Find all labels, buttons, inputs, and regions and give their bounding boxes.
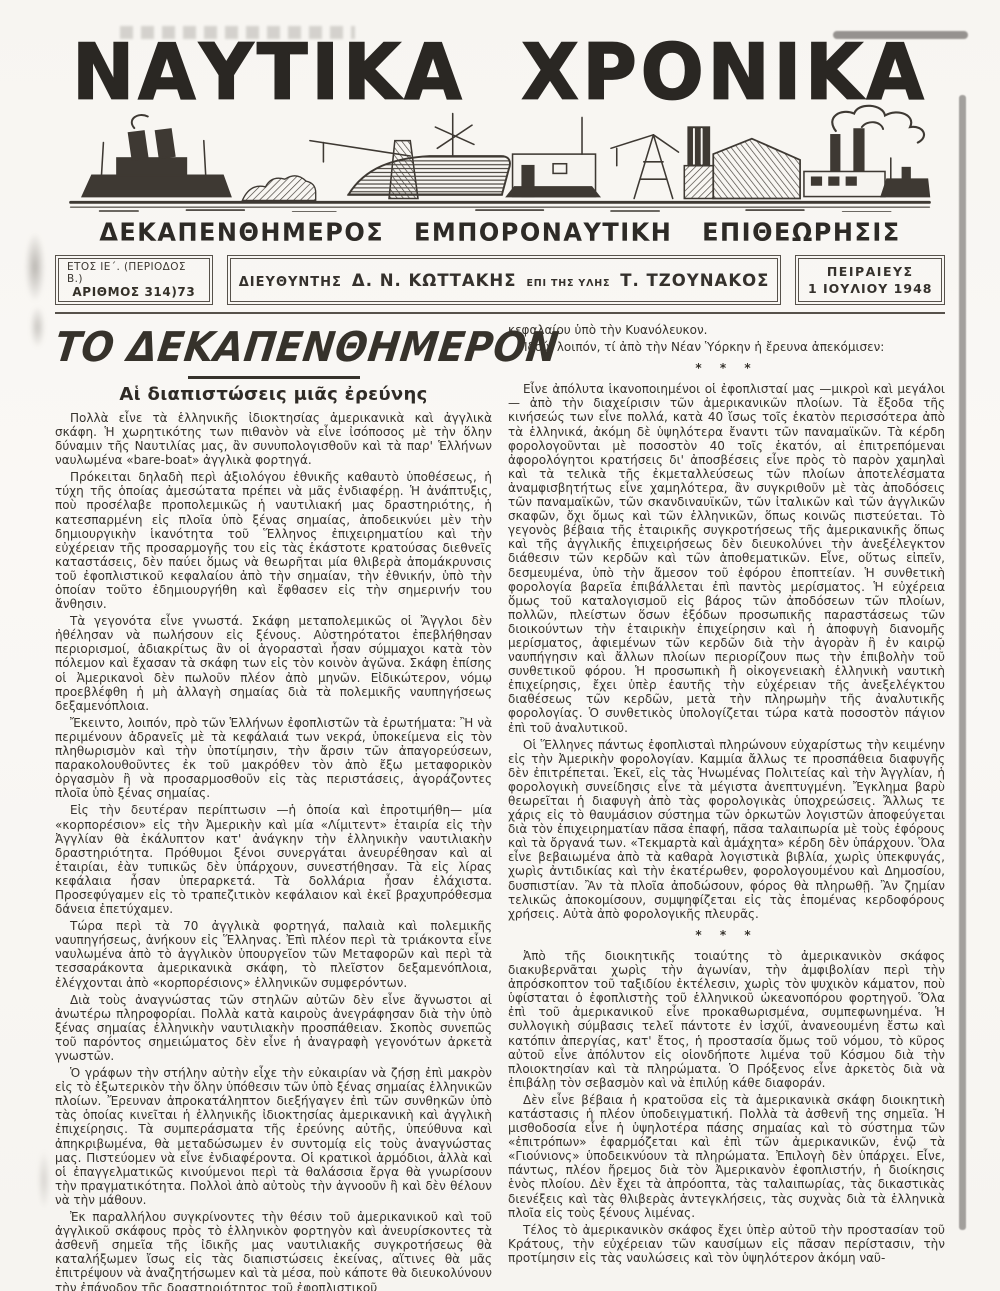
issue-info-bar: ΕΤΟΣ ΙΕ΄. (ΠΕΡΙΟΔΟΣ Β.) ΑΡΙΘΜΟΣ 314)73 Δ…: [55, 255, 945, 305]
editor-name: Τ. ΤΖΟΥΝΑΚΟΣ: [620, 271, 769, 290]
editor-label: ΕΠΙ ΤΗΣ ΥΛΗΣ: [526, 278, 610, 289]
paragraph: Τώρα περὶ τὰ 70 ἀγγλικὰ φορτηγά, παλαιὰ …: [55, 919, 492, 989]
paragraph: Εἶνε ἀπόλυτα ἱκανοποιημένοι οἱ ἐφοπλιστα…: [508, 382, 945, 734]
paragraph: Ἀπὸ τῆς διοικητικῆς τοιαύτης τὸ ἀμερικαν…: [508, 949, 945, 1090]
paragraph: κεφαλαίου ὑπὸ τὴν Κυανόλευκον.: [508, 323, 945, 337]
issue-number: ΑΡΙΘΜΟΣ 314)73: [72, 285, 195, 299]
section-separator: * * *: [508, 361, 945, 375]
scan-artifact-smudge: [25, 232, 45, 302]
paragraph: Ἰδού, λοιπόν, τί ἀπὸ τὴν Νέαν Ὑόρκην ἡ ἔ…: [508, 340, 945, 354]
place-date-box: ΠΕΙΡΑΙΕΥΣ 1 ΙΟΥΛΙΟΥ 1948: [795, 255, 945, 305]
director-label: ΔΙΕΥΘΥΝΤΗΣ: [239, 275, 342, 290]
paragraph: Ἔκειντο, λοιπόν, πρὸ τῶν Ἑλλήνων ἐφοπλισ…: [55, 716, 492, 801]
magazine-subtitle: ΔΕΚΑΠΕΝΘΗΜΕΡΟΣ ΕΜΠΟΡΟΝΑΥΤΙΚΗ ΕΠΙΘΕΩΡΗΣΙΣ: [55, 217, 945, 246]
publication-place: ΠΕΙΡΑΙΕΥΣ: [827, 264, 914, 279]
staff-box: ΔΙΕΥΘΥΝΤΗΣ Δ. Ν. ΚΩΤΤΑΚΗΣ ΕΠΙ ΤΗΣ ΥΛΗΣ Τ…: [227, 255, 782, 305]
paragraph: Ὁ γράφων τὴν στήλην αὐτὴν εἶχε τὴν εὐκαι…: [55, 1066, 492, 1207]
magazine-title: ΝΑΥΤΙΚΑ ΧΡΟΝΙΚΑ: [55, 34, 945, 111]
paragraph: Εἰς τὴν δευτέραν περίπτωσιν —ἡ ὁποία καὶ…: [55, 803, 492, 916]
scan-artifact-smudge: [30, 306, 45, 348]
issue-year: ΕΤΟΣ ΙΕ΄. (ΠΕΡΙΟΔΟΣ Β.): [67, 261, 201, 285]
paragraph: Ἐκ παραλλήλου συγκρίνοντες τὴν θέσιν τοῦ…: [55, 1210, 492, 1291]
page-content: ΝΑΥΤΙΚΑ ΧΡΟΝΙΚΑ: [55, 0, 945, 1291]
scan-artifact-right-band: [959, 95, 966, 1230]
header-rule: [55, 312, 945, 314]
right-column: κεφαλαίου ὑπὸ τὴν Κυανόλευκον. Ἰδού, λοι…: [508, 323, 945, 1268]
harbor-illustration: [55, 102, 945, 212]
paragraph: Τέλος τὸ ἀμερικανικὸν σκάφος ἔχει ὑπὲρ α…: [508, 1223, 945, 1265]
left-column: ΤΟ ΔΕΚΑΠΕΝΘΗΜΕΡΟΝ Αἱ διαπιστώσεις μιᾶς ἐ…: [55, 323, 492, 1291]
paragraph: Οἱ Ἕλληνες πάντως ἐφοπλισταὶ πληρώνουν ε…: [508, 738, 945, 921]
director-name: Δ. Ν. ΚΩΤΤΑΚΗΣ: [352, 271, 517, 290]
article-columns: ΤΟ ΔΕΚΑΠΕΝΘΗΜΕΡΟΝ Αἱ διαπιστώσεις μιᾶς ἐ…: [55, 323, 945, 1291]
magazine-page: ΝΑΥΤΙΚΑ ΧΡΟΝΙΚΑ: [0, 0, 1000, 1291]
paragraph: Τὰ γεγονότα εἶνε γνωστά. Σκάφη μεταπολεμ…: [55, 614, 492, 713]
issue-number-box: ΕΤΟΣ ΙΕ΄. (ΠΕΡΙΟΔΟΣ Β.) ΑΡΙΘΜΟΣ 314)73: [55, 255, 213, 305]
scan-artifact-smudge: [38, 1150, 50, 1210]
headline-rule: [188, 376, 360, 379]
paragraph: Πολλὰ εἶνε τὰ ἑλληνικῆς ἰδιοκτησίας ἀμερ…: [55, 411, 492, 467]
section-separator: * * *: [508, 928, 945, 942]
paragraph: Δὲν εἶνε βέβαια ἡ κρατοῦσα εἰς τὰ ἀμερικ…: [508, 1093, 945, 1220]
article-subheading: Αἱ διαπιστώσεις μιᾶς ἐρεύνης: [55, 388, 492, 402]
publication-date: 1 ΙΟΥΛΙΟΥ 1948: [808, 281, 933, 296]
paragraph: Πρόκειται δηλαδὴ περὶ ἀξιολόγου ἐθνικῆς …: [55, 470, 492, 611]
paragraph: Διὰ τοὺς ἀναγνώστας τῶν στηλῶν αὐτῶν δὲν…: [55, 993, 492, 1063]
article-headline: ΤΟ ΔΕΚΑΠΕΝΘΗΜΕΡΟΝ: [52, 325, 495, 370]
